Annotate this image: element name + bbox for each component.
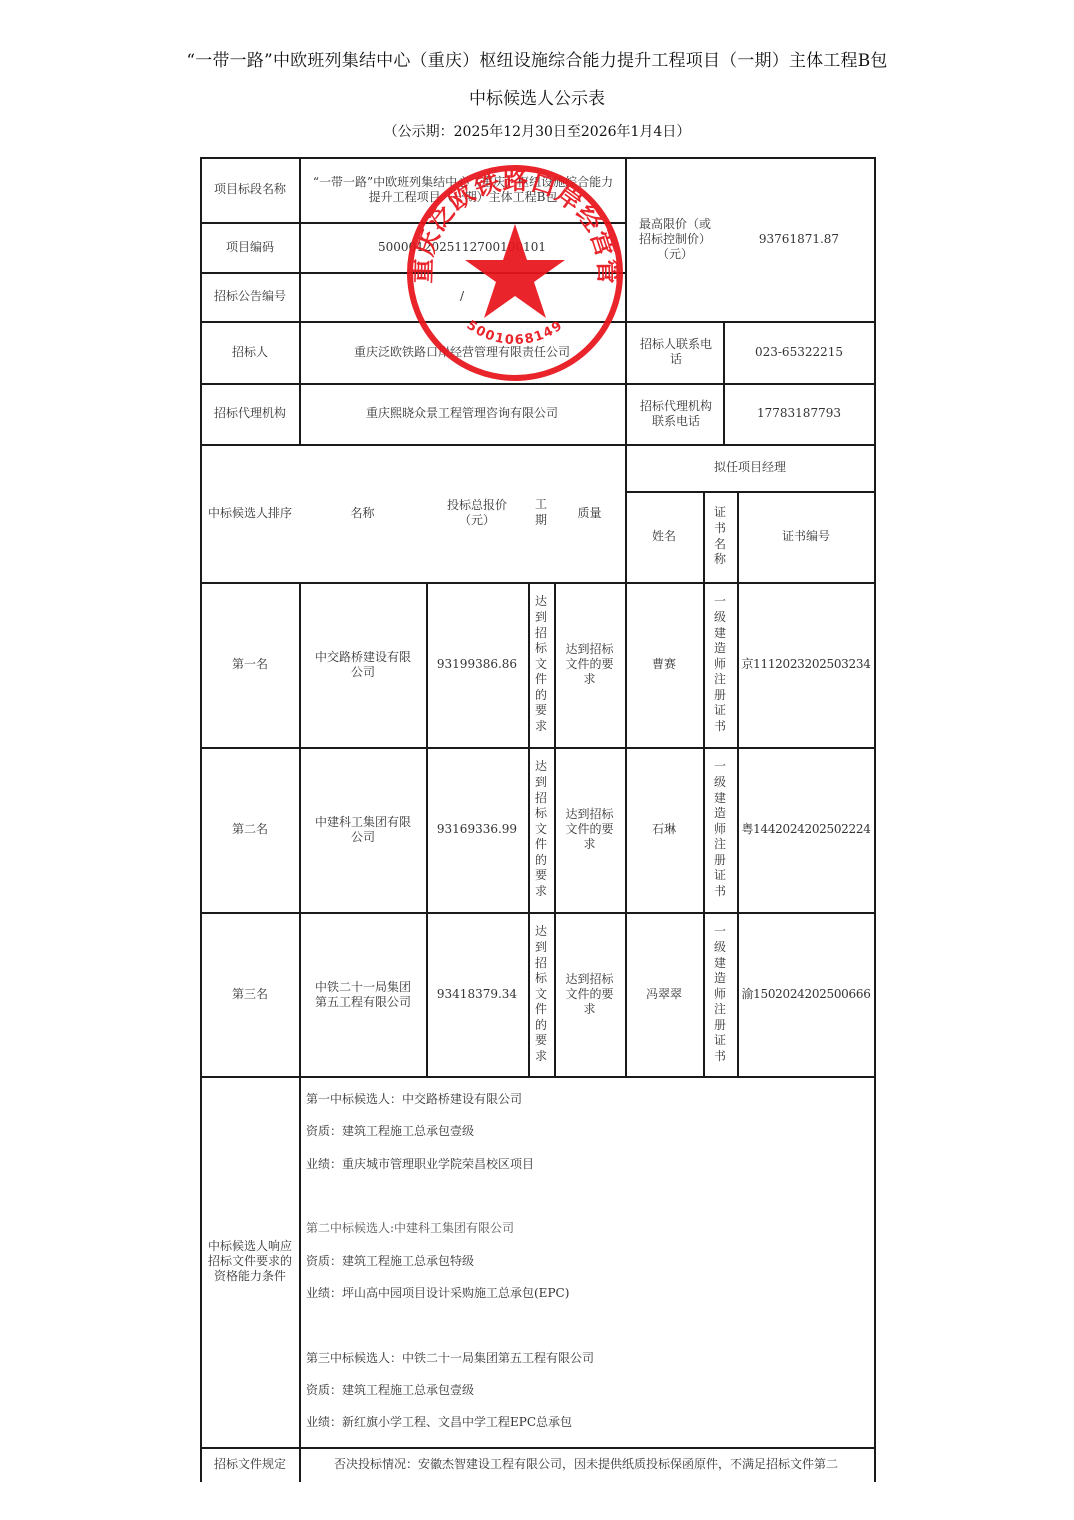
candidate-period: 达到招标文件的要求 (528, 582, 554, 747)
agency-phone-value: 17783187793 (723, 383, 875, 444)
qualification-line: 业绩：坪山高中园项目设计采购施工总承包(EPC) (306, 1284, 569, 1301)
max-price-label: 最高限价（或招标控制价）（元） (630, 157, 720, 321)
candidate-rank: 第二名 (204, 747, 296, 912)
candidate-table: 项目标段名称 “一带一路”中欧班列集结中心（重庆）枢纽设施综合能力提升工程项目（… (0, 0, 1074, 1520)
candidate-manager: 石琳 (625, 747, 703, 912)
cert-no-header: 证书编号 (737, 491, 875, 582)
candidate-cert-name: 一级建造师注册证书 (703, 582, 737, 747)
project-code-label: 项目编码 (200, 222, 300, 272)
rank-header: 中标候选人排序 (204, 444, 296, 582)
candidate-name: 中建科工集团有限公司 (303, 747, 423, 912)
notice-number-label: 招标公告编号 (200, 272, 300, 321)
candidate-quality: 达到招标文件的要求 (554, 582, 625, 747)
candidate-manager: 冯翠翠 (625, 912, 703, 1077)
candidate-period: 达到招标文件的要求 (528, 912, 554, 1077)
qualifications-label: 中标候选人响应招标文件要求的资格能力条件 (204, 1076, 296, 1447)
cert-name-header: 证书名称 (703, 491, 737, 582)
candidate-quality: 达到招标文件的要求 (554, 747, 625, 912)
qualification-line: 业绩：新红旗小学工程、文昌中学工程EPC总承包 (306, 1413, 572, 1430)
period-header: 工期 (528, 444, 554, 582)
candidate-period: 达到招标文件的要求 (528, 747, 554, 912)
candidate-rank: 第一名 (204, 582, 296, 747)
qualification-line: 第一中标候选人：中交路桥建设有限公司 (306, 1090, 522, 1107)
candidate-manager: 曹赛 (625, 582, 703, 747)
qualification-line: 资质：建筑工程施工总承包壹级 (306, 1381, 474, 1398)
candidate-cert-name: 一级建造师注册证书 (703, 747, 737, 912)
name-header: 名称 (299, 444, 426, 582)
candidate-rank: 第三名 (204, 912, 296, 1077)
candidate-name: 中交路桥建设有限公司 (303, 582, 423, 747)
section-name-label: 项目标段名称 (200, 157, 300, 222)
page-cutoff (0, 1482, 1074, 1520)
rejection-label: 招标文件规定 (204, 1447, 296, 1483)
candidate-price: 93199386.86 (426, 582, 528, 747)
candidate-cert-name: 一级建造师注册证书 (703, 912, 737, 1077)
qualification-line: 资质：建筑工程施工总承包特级 (306, 1252, 474, 1269)
rejection-text: 否决投标情况：安徽杰智建设工程有限公司，因未提供纸质投标保函原件，不满足招标文件… (330, 1447, 875, 1483)
notice-number-value: / (299, 272, 625, 321)
candidate-cert-no: 京1112023202503234 (737, 582, 875, 747)
qualification-line: 资质：建筑工程施工总承包壹级 (306, 1122, 474, 1139)
col-divider (299, 582, 301, 1483)
tenderer-phone-label: 招标人联系电话 (630, 321, 722, 383)
project-code-value: 5000012025112700100101 (299, 222, 625, 272)
manager-group-header: 拟任项目经理 (625, 444, 875, 491)
agency-value: 重庆熙晓众景工程管理咨询有限公司 (299, 383, 625, 444)
candidate-cert-no: 粤1442024202502224 (737, 747, 875, 912)
qualification-line: 第二中标候选人:中建科工集团有限公司 (306, 1219, 514, 1236)
manager-name-header: 姓名 (625, 491, 703, 582)
candidate-price: 93418379.34 (426, 912, 528, 1077)
section-name-value: “一带一路”中欧班列集结中心（重庆）枢纽设施综合能力提升工程项目（一期）主体工程… (306, 157, 620, 222)
qualification-line: 业绩：重庆城市管理职业学院荣昌校区项目 (306, 1155, 534, 1172)
tenderer-phone-value: 023-65322215 (723, 321, 875, 383)
agency-phone-label: 招标代理机构联系电话 (630, 383, 722, 444)
tenderer-label: 招标人 (200, 321, 300, 383)
candidate-cert-no: 渝1502024202500666 (737, 912, 875, 1077)
candidate-quality: 达到招标文件的要求 (554, 912, 625, 1077)
candidate-name: 中铁二十一局集团第五工程有限公司 (303, 912, 423, 1077)
quality-header: 质量 (554, 444, 625, 582)
price-header: 投标总报价（元） (436, 444, 518, 582)
tenderer-value: 重庆泛欧铁路口岸经营管理有限责任公司 (299, 321, 625, 383)
max-price-value: 93761871.87 (723, 157, 875, 321)
agency-label: 招标代理机构 (200, 383, 300, 444)
candidate-price: 93169336.99 (426, 747, 528, 912)
qualification-line: 第三中标候选人：中铁二十一局集团第五工程有限公司 (306, 1349, 594, 1366)
